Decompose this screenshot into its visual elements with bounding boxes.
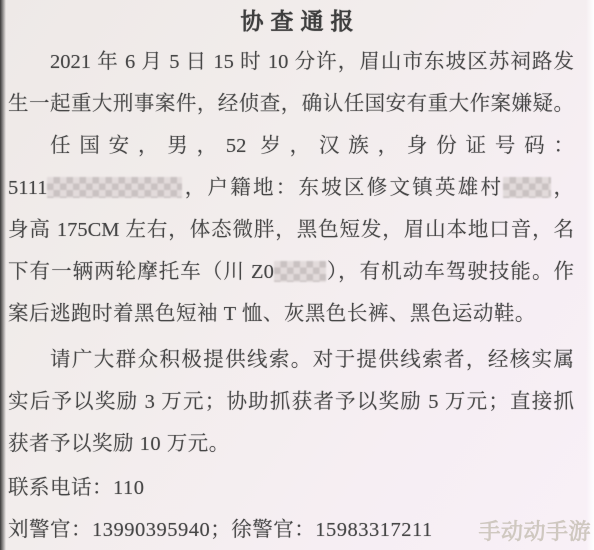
document-line: 任国安，男，52 岁，汉族，身份证号码：	[8, 125, 574, 167]
document-line: 请广大群众积极提供线索。对于提供线索者，经核实属	[8, 339, 574, 381]
scan-edge-left	[0, 0, 6, 550]
document-line: 2021 年 6 月 5 日 15 时 10 分许，眉山市东坡区苏祠路发	[8, 41, 574, 83]
text-segment: 2021 年 6 月 5 日 15 时 10 分许，眉山市东坡区苏祠路发	[50, 51, 574, 73]
text-segment: ，户籍地：东坡区修文镇英雄村	[182, 177, 503, 199]
text-segment: 获者予以奖励 10 万元。	[8, 433, 230, 455]
text-segment: ），有机动车驾驶技能。作	[326, 261, 574, 283]
text-segment: 任国安，男，52 岁，汉族，身份证号码：	[50, 135, 574, 157]
text-segment: 实后予以奖励 3 万元；协助抓获者予以奖励 5 万元；直接抓	[8, 391, 574, 413]
redaction-mosaic	[503, 177, 551, 198]
text-segment: 刘警官：13990395940；徐警官：15983317211	[8, 519, 433, 541]
document-line: 5111，户籍地：东坡区修文镇英雄村，	[8, 167, 574, 209]
text-segment: 联系电话：110	[8, 477, 145, 499]
text-segment: 案后逃跑时着黑色短袖 T 恤、灰黑色长裤、黑色运动鞋。	[8, 303, 536, 325]
text-segment: 5111	[8, 177, 47, 199]
text-segment: 请广大群众积极提供线索。对于提供线索者，经核实属	[50, 349, 574, 371]
text-segment: 身高 175CM 左右，体态微胖，黑色短发，眉山本地口音，名	[8, 219, 574, 241]
notice-document: 协查通报 2021 年 6 月 5 日 15 时 10 分许，眉山市东坡区苏祠路…	[0, 0, 594, 550]
text-segment: 生一起重大刑事案件，经侦查，确认任国安有重大作案嫌疑。	[8, 93, 574, 115]
text-segment: ，	[551, 177, 574, 199]
document-line: 生一起重大刑事案件，经侦查，确认任国安有重大作案嫌疑。	[8, 83, 574, 125]
text-segment: 下有一辆两轮摩托车（川 Z0	[8, 261, 274, 283]
notice-body: 2021 年 6 月 5 日 15 时 10 分许，眉山市东坡区苏祠路发生一起重…	[8, 41, 574, 550]
document-line: 案后逃跑时着黑色短袖 T 恤、灰黑色长裤、黑色运动鞋。	[8, 293, 574, 335]
document-line: 身高 175CM 左右，体态微胖，黑色短发，眉山本地口音，名	[8, 209, 574, 251]
redaction-mosaic	[47, 177, 182, 198]
scan-edge-right	[586, 0, 594, 550]
document-line: 下有一辆两轮摩托车（川 Z0），有机动车驾驶技能。作	[8, 251, 574, 293]
redaction-mosaic	[274, 261, 326, 282]
document-line: 实后予以奖励 3 万元；协助抓获者予以奖励 5 万元；直接抓	[8, 381, 574, 423]
document-line: 获者予以奖励 10 万元。	[8, 423, 574, 465]
document-line: 联系电话：110	[8, 467, 574, 509]
notice-title: 协查通报	[0, 0, 594, 41]
watermark-text: 手动动手游	[478, 515, 591, 546]
